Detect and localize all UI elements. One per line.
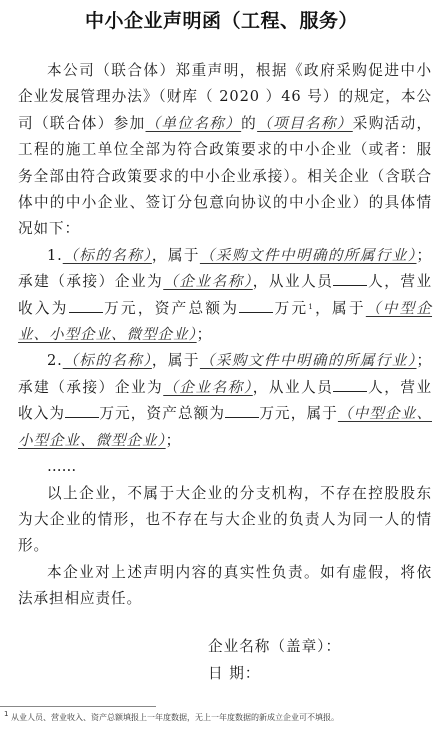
belongs-label: ，属于	[152, 247, 200, 264]
footnote-mark: 1	[4, 710, 8, 718]
item-number: 1.	[47, 247, 63, 264]
staff-label: ，从业人员	[253, 273, 334, 290]
industry-field[interactable]: （采购文件中明确的所属行业）	[200, 247, 417, 264]
type-label: ，属于	[314, 300, 366, 317]
punct: ；	[197, 326, 213, 343]
statement-responsibility: 本企业对上述声明内容的真实性负责。如有虚假，将依法承担相应责任。	[18, 560, 432, 613]
company-seal-label: 企业名称（盖章）：	[208, 635, 341, 656]
punct: ；	[417, 247, 433, 264]
unit-label: 万元	[259, 405, 291, 422]
item-1: 1.（标的名称），属于（采购文件中明确的所属行业）；承建（承接）企业为（企业名称…	[18, 243, 432, 349]
subject-name-field[interactable]: （标的名称）	[63, 247, 152, 264]
item-number: 2.	[47, 352, 63, 369]
footnote: 1 从业人员、营业收入、资产总额填报上一年度数据，无上一年度数据的新成立企业可不…	[4, 712, 339, 723]
intro-text-2: 的	[241, 115, 257, 132]
industry-field[interactable]: （采购文件中明确的所属行业）	[200, 352, 417, 369]
project-name-field[interactable]: （项目名称）	[257, 115, 353, 132]
contractor-label: 承建（承接）企业为	[18, 273, 163, 290]
company-name-field[interactable]: （企业名称）	[163, 273, 253, 290]
ellipsis: ……	[18, 454, 432, 480]
punct: ；	[166, 432, 182, 449]
assets-label: 万元，资产总额为	[99, 405, 225, 422]
revenue-blank[interactable]	[65, 403, 99, 418]
unit-label: 万元	[273, 300, 308, 317]
staff-count-blank[interactable]	[333, 271, 367, 286]
assets-blank[interactable]	[225, 403, 259, 418]
staff-count-blank[interactable]	[333, 377, 367, 392]
belongs-label: ，属于	[152, 352, 200, 369]
intro-paragraph: 本公司（联合体）郑重声明，根据《政府采购促进中小企业发展管理办法》（财库（ 20…	[18, 58, 432, 243]
subject-name-field[interactable]: （标的名称）	[63, 352, 152, 369]
company-name-field[interactable]: （企业名称）	[163, 379, 253, 396]
declaration-body: 本公司（联合体）郑重声明，根据《政府采购促进中小企业发展管理办法》（财库（ 20…	[18, 58, 432, 613]
document-title: 中小企业声明函（工程、服务）	[0, 6, 443, 33]
item-2: 2.（标的名称），属于（采购文件中明确的所属行业）；承建（承接）企业为（企业名称…	[18, 348, 432, 454]
contractor-label: 承建（承接）企业为	[18, 379, 163, 396]
assets-label: 万元，资产总额为	[103, 300, 240, 317]
date-label: 日 期：	[208, 662, 260, 683]
footnote-ref[interactable]: 1	[308, 303, 313, 311]
statement-not-branch: 以上企业，不属于大企业的分支机构，不存在控股股东为大企业的情形，也不存在与大企业…	[18, 481, 432, 560]
intro-text-3: 采购活动，工程的施工单位全部为符合政策要求的中小企业（或者：服务全部由符合政策要…	[18, 115, 432, 238]
unit-name-field[interactable]: （单位名称）	[146, 115, 242, 132]
revenue-blank[interactable]	[69, 298, 103, 313]
assets-blank[interactable]	[239, 298, 273, 313]
punct: ；	[417, 352, 433, 369]
footnote-text: 从业人员、营业收入、资产总额填报上一年度数据，无上一年度数据的新成立企业可不填报…	[11, 713, 339, 722]
footnote-divider	[0, 706, 156, 707]
type-label: ，属于	[291, 405, 338, 422]
staff-label: ，从业人员	[253, 379, 334, 396]
